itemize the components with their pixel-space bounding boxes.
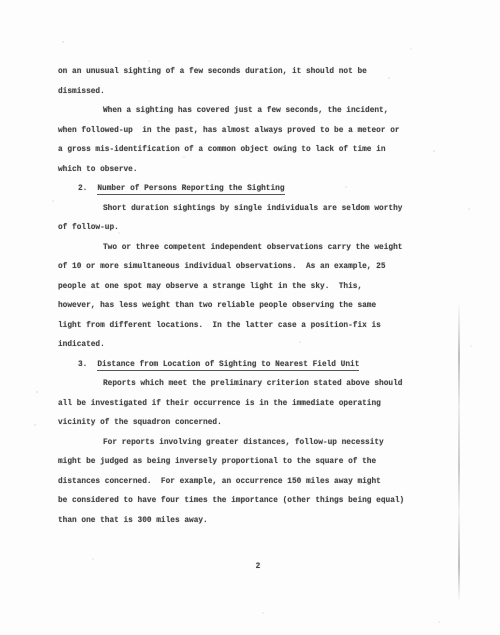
text-line: For reports involving greater distances,… xyxy=(58,434,458,454)
section-heading-3: 3.Distance from Location of Sighting to … xyxy=(58,356,458,376)
section-number: 2. xyxy=(78,185,87,193)
text-line: all be investigated if their occurrence … xyxy=(58,395,458,415)
section-number: 3. xyxy=(78,361,87,369)
scanned-document-page: on an unusual sighting of a few seconds … xyxy=(0,0,500,635)
section-title: Distance from Location of Sighting to Ne… xyxy=(97,361,359,371)
text-line: When a sighting has covered just a few s… xyxy=(58,102,458,122)
text-line: of 10 or more simultaneous individual ob… xyxy=(58,258,458,278)
section-heading-2: 2.Number of Persons Reporting the Sighti… xyxy=(58,180,458,200)
page-number: 2 xyxy=(58,563,458,571)
text-line: distances concerned. For example, an occ… xyxy=(58,473,458,493)
text-line: Reports which meet the preliminary crite… xyxy=(58,375,458,395)
text-line: a gross mis-identification of a common o… xyxy=(58,141,458,161)
text-line: on an unusual sighting of a few seconds … xyxy=(58,63,458,83)
text-line: light from different locations. In the l… xyxy=(58,317,458,337)
text-line: however, has less weight than two reliab… xyxy=(58,297,458,317)
text-line: which to observe. xyxy=(58,161,458,181)
text-line: be considered to have four times the imp… xyxy=(58,492,458,512)
scan-noise-specks xyxy=(0,0,2,2)
scan-artifact-line xyxy=(458,302,460,602)
text-line: dismissed. xyxy=(58,83,458,103)
section-title: Number of Persons Reporting the Sighting xyxy=(97,185,284,195)
text-line: when followed-up in the past, has almost… xyxy=(58,122,458,142)
document-text-block: on an unusual sighting of a few seconds … xyxy=(58,63,458,531)
text-line: Two or three competent independent obser… xyxy=(58,239,458,259)
text-line: of follow-up. xyxy=(58,219,458,239)
text-line: vicinity of the squadron concerned. xyxy=(58,414,458,434)
text-line: indicated. xyxy=(58,336,458,356)
text-line: than one that is 300 miles away. xyxy=(58,512,458,532)
text-line: might be judged as being inversely propo… xyxy=(58,453,458,473)
text-line: people at one spot may observe a strange… xyxy=(58,278,458,298)
text-line: Short duration sightings by single indiv… xyxy=(58,200,458,220)
